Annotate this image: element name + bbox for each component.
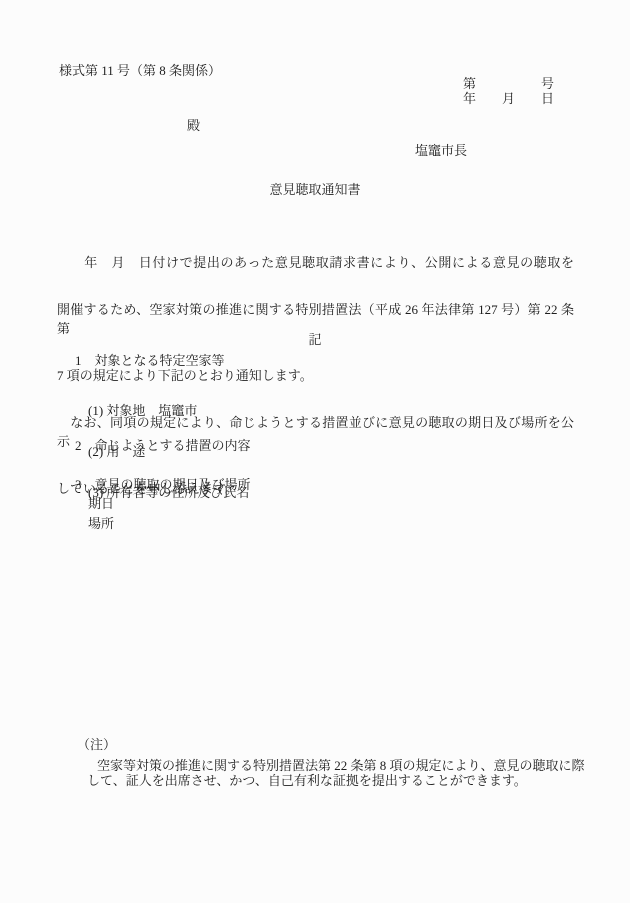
sender-title: 塩竈市長: [415, 144, 467, 158]
item-3-title: 3 意見の聴取の期日及び場所: [75, 478, 251, 492]
item-2-title: 2 命じようとする措置の内容: [75, 439, 251, 453]
note-line-2: して、証人を出席させ、かつ、自己有利な証拠を提出することができます。: [87, 774, 527, 788]
body-line-1: 年 月 日付けで提出のあった意見聴取請求書により、公開による意見の聴取を: [57, 253, 574, 272]
document-page: 様式第 11 号（第 8 条関係） 第 号 年 月 日 殿 塩竈市長 意見聴取通…: [0, 0, 630, 903]
date-line: 年 月 日: [463, 92, 554, 106]
item-1-title: 1 対象となる特定空家等: [75, 354, 225, 368]
hearing-date-label: 期日: [88, 497, 114, 511]
record-heading: 記: [0, 333, 630, 347]
subitem-target-location: (1) 対象地 塩竈市: [88, 404, 249, 417]
document-title: 意見聴取通知書: [0, 183, 630, 197]
hearing-place-label: 場所: [88, 517, 114, 531]
addressee-honorific: 殿: [187, 119, 200, 133]
note-line-1: 空家等対策の推進に関する特別措置法第 22 条第 8 項の規定により、意見の聴取…: [97, 759, 585, 773]
note-label: （注）: [77, 738, 116, 752]
form-number: 様式第 11 号（第 8 条関係）: [59, 64, 221, 78]
doc-number-line: 第 号: [463, 77, 554, 91]
